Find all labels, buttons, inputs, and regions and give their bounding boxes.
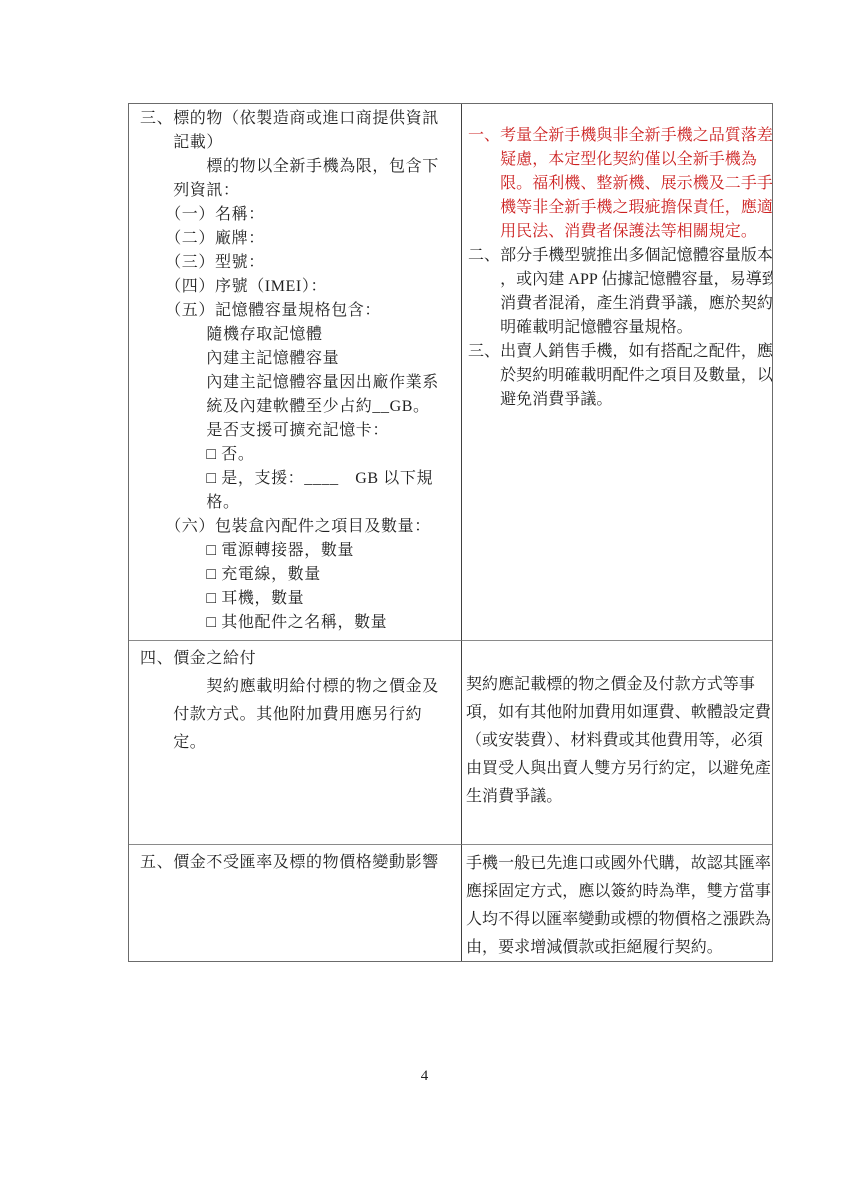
contract-table: 三、標的物（依製造商或進口商提供資訊 記載） 標的物以全新手機為限，包含下 列資… <box>128 103 773 962</box>
notes-cell-exchange-rate: 手機一般已先進口或國外代購，故認其匯率 應採固定方式，應以簽約時為準，雙方當事 … <box>462 845 772 961</box>
document-page: { "document": { "page_number": "4", "col… <box>0 0 849 1200</box>
notes-cell-subject: 一、考量全新手機與非全新手機之品質落差 疑慮，本定型化契約僅以全新手機為 限。福… <box>462 104 772 641</box>
note-text-memory-and-accessories: 二、部分手機型號推出多個記憶體容量版本 ，或內建 APP 佔據記憶體容量，易導致… <box>468 244 771 412</box>
clause-text-payment: 四、價金之給付 契約應載明給付標的物之價金及 付款方式。其他附加費用應另行約 定… <box>140 645 460 757</box>
clause-cell-subject: 三、標的物（依製造商或進口商提供資訊 記載） 標的物以全新手機為限，包含下 列資… <box>129 104 462 641</box>
clause-cell-payment: 四、價金之給付 契約應載明給付標的物之價金及 付款方式。其他附加費用應另行約 定… <box>129 641 462 845</box>
clause-text-subject: 三、標的物（依製造商或進口商提供資訊 記載） 標的物以全新手機為限，包含下 列資… <box>140 107 460 635</box>
clause-text-exchange-rate: 五、價金不受匯率及標的物價格變動影響 <box>140 849 460 877</box>
note-text-payment: 契約應記載標的物之價金及付款方式等事 項，如有其他附加費用如運費、軟體設定費 （… <box>466 671 771 811</box>
clause-cell-exchange-rate: 五、價金不受匯率及標的物價格變動影響 <box>129 845 462 961</box>
note-text-exchange-rate: 手機一般已先進口或國外代購，故認其匯率 應採固定方式，應以簽約時為準，雙方當事 … <box>466 850 771 961</box>
note-text-red-quality-gap: 一、考量全新手機與非全新手機之品質落差 疑慮，本定型化契約僅以全新手機為 限。福… <box>468 124 771 244</box>
page-number: 4 <box>0 1068 849 1085</box>
notes-cell-payment: 契約應記載標的物之價金及付款方式等事 項，如有其他附加費用如運費、軟體設定費 （… <box>462 641 772 845</box>
